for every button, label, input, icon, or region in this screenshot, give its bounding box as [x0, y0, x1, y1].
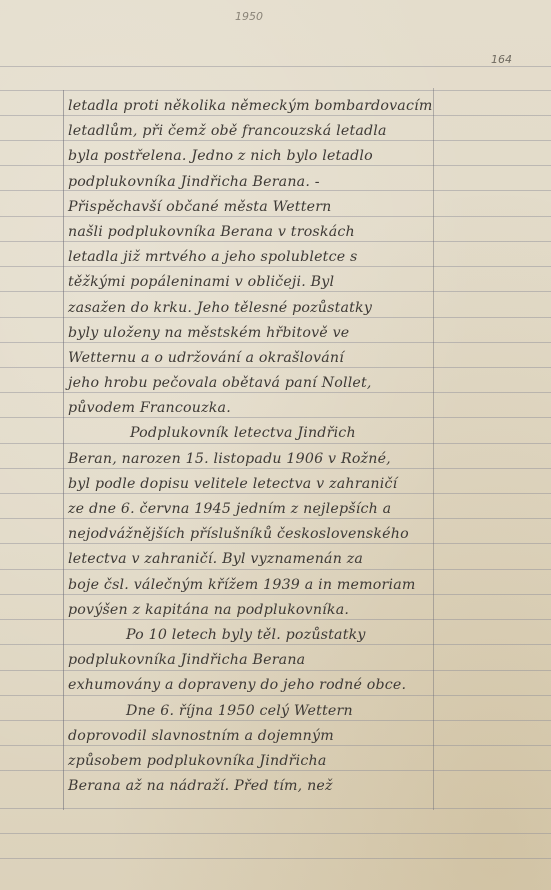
text-line: letectva v zahraničí. Byl vyznamenán za [68, 547, 448, 572]
text-line: původem Francouzka. [68, 396, 448, 421]
page-number: 164 [491, 53, 512, 66]
ruled-line [0, 833, 551, 834]
ruled-line [0, 858, 551, 859]
paragraph-start-line: Dne 6. října 1950 celý Wettern [68, 699, 448, 724]
text-line: letadla proti několika německým bombardo… [68, 94, 448, 119]
text-line: způsobem podplukovníka Jindřicha [68, 749, 448, 774]
text-line: Přispěchavší občané města Wettern [68, 195, 448, 220]
ruled-line [0, 808, 551, 809]
left-margin-line [63, 90, 64, 810]
text-line: našli podplukovníka Berana v troskách [68, 220, 448, 245]
year-heading: 1950 [235, 10, 263, 23]
text-line: podplukovníka Jindřicha Berana [68, 648, 448, 673]
text-line: byly uloženy na městském hřbitově ve [68, 321, 448, 346]
text-line: byla postřelena. Jedno z nich bylo letad… [68, 144, 448, 169]
text-line: Beran, narozen 15. listopadu 1906 v Rožn… [68, 447, 448, 472]
chronicle-page: 1950 164 letadla proti několika německým… [0, 0, 551, 890]
paragraph-start-line: Podplukovník letectva Jindřich [68, 421, 448, 446]
ruled-line [0, 66, 551, 67]
text-line: letadlům, při čemž obě francouzská letad… [68, 119, 448, 144]
text-line: Berana až na nádraží. Před tím, než [68, 774, 448, 799]
text-line: ze dne 6. června 1945 jedním z nejlepšíc… [68, 497, 448, 522]
text-line: Wetternu a o udržování a okrašlování [68, 346, 448, 371]
text-line: nejodvážnějších příslušníků českoslovens… [68, 522, 448, 547]
text-line: doprovodil slavnostním a dojemným [68, 724, 448, 749]
text-line: boje čsl. válečným křížem 1939 a in memo… [68, 573, 448, 598]
text-line: zasažen do krku. Jeho tělesné pozůstatky [68, 296, 448, 321]
ruled-line [0, 90, 551, 91]
paragraph-start-line: Po 10 letech byly těl. pozůstatky [68, 623, 448, 648]
handwritten-text-block: letadla proti několika německým bombardo… [68, 94, 448, 799]
text-line: letadla již mrtvého a jeho spolubletce s [68, 245, 448, 270]
text-line: byl podle dopisu velitele letectva v zah… [68, 472, 448, 497]
text-line: těžkými popáleninami v obličeji. Byl [68, 270, 448, 295]
text-line: povýšen z kapitána na podplukovníka. [68, 598, 448, 623]
text-line: exhumovány a dopraveny do jeho rodné obc… [68, 673, 448, 698]
text-line: podplukovníka Jindřicha Berana. - [68, 170, 448, 195]
text-line: jeho hrobu pečovala obětavá paní Nollet, [68, 371, 448, 396]
